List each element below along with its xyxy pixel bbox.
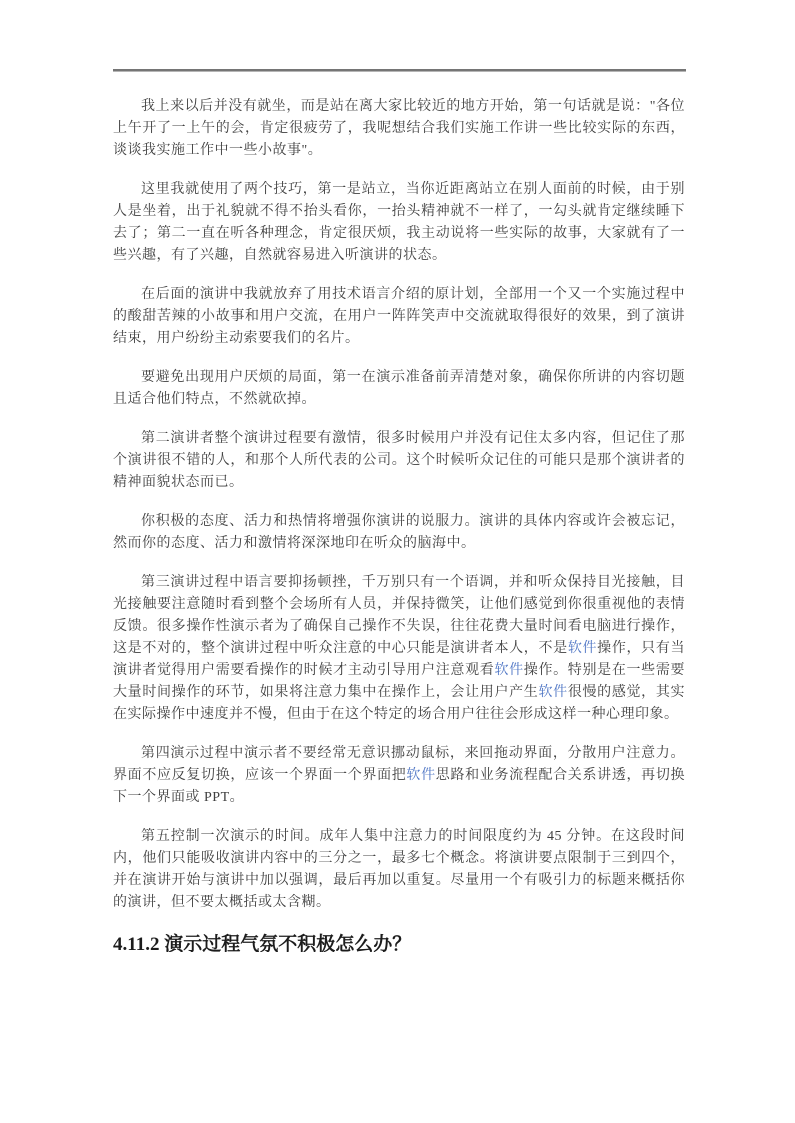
section-heading: 4.11.2 演示过程气氛不积极怎么办？ (113, 931, 685, 952)
keyword-link[interactable]: 软件 (494, 663, 523, 678)
paragraph: 我上来以后并没有就坐，而是站在离大家比较近的地方开始，第一句话就是说："各位上午… (113, 96, 685, 162)
paragraph: 第三演讲过程中语言要抑扬顿挫，千万别只有一个语调，并和听众保持目光接触，目光接触… (113, 572, 685, 726)
paragraph: 你积极的态度、活力和热情将增强你演讲的说服力。演讲的具体内容或许会被忘记，然而你… (113, 511, 685, 555)
keyword-link[interactable]: 软件 (406, 768, 435, 783)
paragraph: 第二演讲者整个演讲过程要有激情，很多时候用户并没有记住太多内容，但记住了那个演讲… (113, 428, 685, 494)
document-page: 我上来以后并没有就坐，而是站在离大家比较近的地方开始，第一句话就是说："各位上午… (0, 0, 795, 1123)
keyword-link[interactable]: 软件 (568, 641, 597, 656)
paragraph: 第四演示过程中演示者不要经常无意识挪动鼠标，来回拖动界面，分散用户注意力。界面不… (113, 743, 685, 809)
paragraph: 这里我就使用了两个技巧，第一是站立，当你近距离站立在别人面前的时候，由于别人是坐… (113, 179, 685, 267)
keyword-link[interactable]: 软件 (538, 685, 567, 700)
document-body: 我上来以后并没有就坐，而是站在离大家比较近的地方开始，第一句话就是说："各位上午… (113, 71, 685, 952)
paragraph: 在后面的演讲中我就放弃了用技术语言介绍的原计划，全部用一个又一个实施过程中的酸甜… (113, 284, 685, 350)
paragraph: 要避免出现用户厌烦的局面，第一在演示准备前弄清楚对象，确保你所讲的内容切题且适合… (113, 367, 685, 411)
paragraph: 第五控制一次演示的时间。成年人集中注意力的时间限度约为 45 分钟。在这段时间内… (113, 826, 685, 914)
